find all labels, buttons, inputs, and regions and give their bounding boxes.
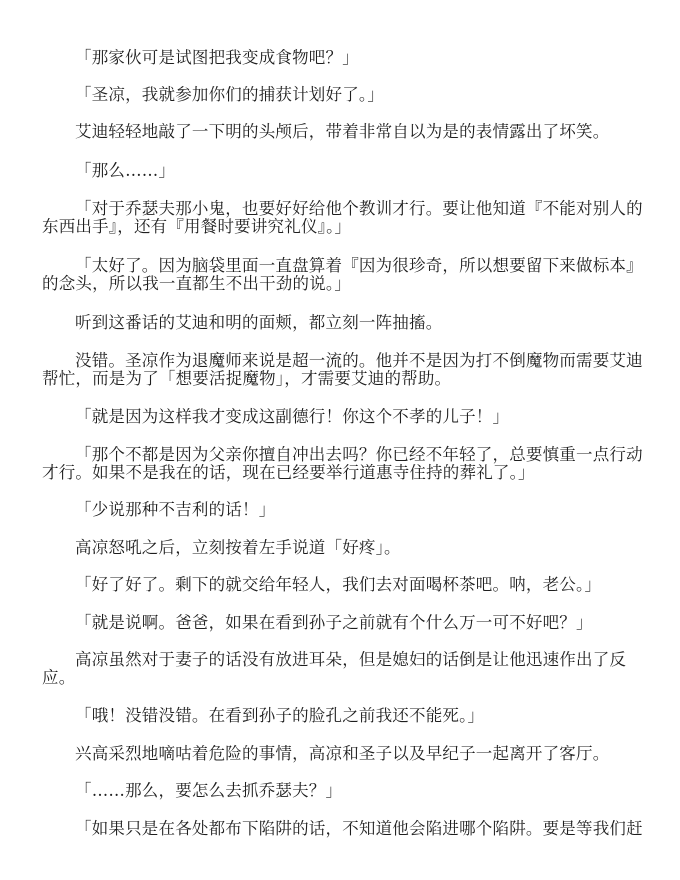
dialogue-line: 「哦！没错没错。在看到孙子的脸孔之前我还不能死。」 (75, 707, 484, 725)
dialogue-line-continued: 东西出手』，还有『用餐时要讲究礼仪』。」 (42, 218, 351, 236)
document-page: 「那家伙可是试图把我变成食物吧？」 「圣凉，我就参加你们的捕获计划好了。」 艾迪… (0, 0, 680, 880)
dialogue-line: 「那家伙可是试图把我变成食物吧？」 (75, 49, 359, 67)
narration-line-continued: 帮忙，而是为了「想要活捉魔物」，才需要艾迪的帮助。 (42, 370, 451, 388)
dialogue-line-continued: 才行。如果不是我在的话，现在已经要举行道惠寺住持的葬礼了。」 (42, 464, 535, 482)
narration-line: 高凉怒吼之后，立刻按着左手说道「好疼」。 (75, 539, 401, 557)
narration-line: 兴高采烈地嘀咕着危险的事情，高凉和圣子以及早纪子一起离开了客厅。 (75, 745, 609, 763)
narration-line: 艾迪轻轻地敲了一下明的头颅后，带着非常自以为是的表情露出了坏笑。 (75, 123, 609, 141)
narration-line: 没错。圣凉作为退魔师来说是超一流的。他并不是因为打不倒魔物而需要艾迪 (75, 352, 643, 370)
narration-line: 听到这番话的艾迪和明的面颊，都立刻一阵抽搐。 (75, 314, 442, 332)
dialogue-line: 「少说那种不吉利的话！」 (75, 501, 275, 519)
dialogue-line: 「就是说啊。爸爸，如果在看到孙子之前就有个什么万一可不好吧？」 (75, 614, 593, 632)
dialogue-line-continued: 的念头，所以我一直都生不出干劲的说。」 (42, 275, 351, 293)
dialogue-line: 「……那么，要怎么去抓乔瑟夫？」 (75, 782, 342, 800)
dialogue-line: 「那个不都是因为父亲你擅自冲出去吗？你已经不年轻了，总要慎重一点行动 (75, 446, 643, 464)
dialogue-line: 「好了好了。剩下的就交给年轻人，我们去对面喝杯茶吧。呐，老公。」 (75, 576, 601, 594)
dialogue-line: 「就是因为这样我才变成这副德行！你这个不孝的儿子！」 (75, 408, 509, 426)
dialogue-line: 「如果只是在各处都布下陷阱的话，不知道他会陷进哪个陷阱。要是等我们赶 (75, 820, 643, 838)
dialogue-line: 「那么……」 (75, 162, 175, 180)
dialogue-line: 「圣凉，我就参加你们的捕获计划好了。」 (75, 86, 384, 104)
dialogue-line: 「太好了。因为脑袋里面一直盘算着『因为很珍奇，所以想要留下来做标本』 (75, 257, 643, 275)
narration-line: 高凉虽然对于妻子的话没有放进耳朵，但是媳妇的话倒是让他迅速作出了反 (75, 651, 626, 669)
dialogue-line: 「对于乔瑟夫那小鬼，也要好好给他个教训才行。要让他知道『不能对别人的 (75, 200, 643, 218)
narration-line-continued: 应。 (42, 669, 75, 687)
